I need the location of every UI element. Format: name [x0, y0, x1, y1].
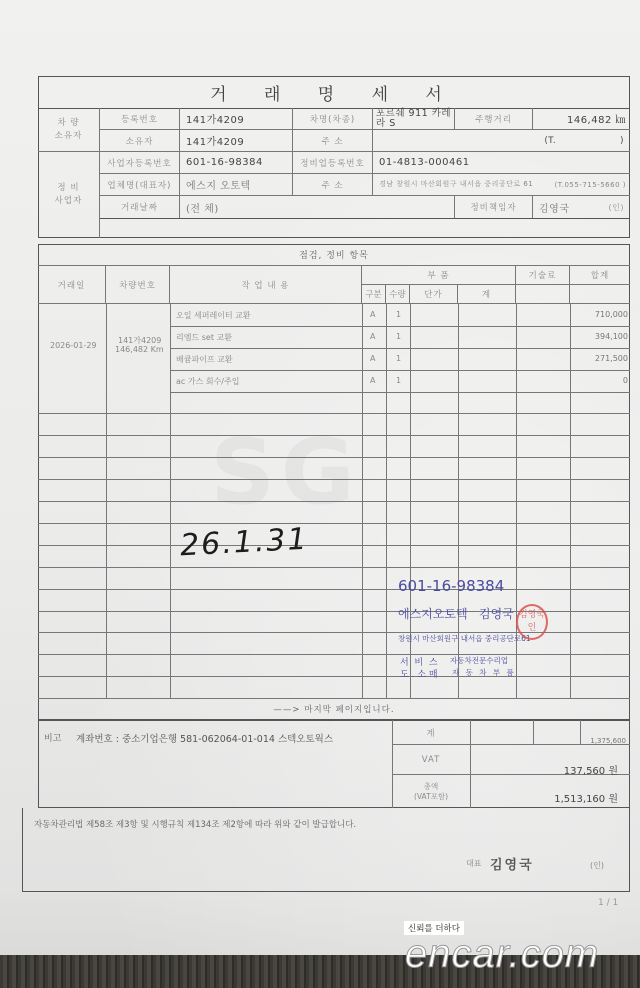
manager-label: 정비책임자 — [455, 196, 533, 218]
company-label: 업체명(대표자) — [100, 174, 180, 196]
shop-phone: (T.055-715-5660 ) — [555, 181, 626, 189]
stamp-type-right-2: 자 동 차 부 품 — [452, 667, 516, 678]
stamp-address: 창원시 마산회원구 내서읍 중리공단로61 — [398, 633, 531, 644]
item-kind: A — [370, 354, 375, 363]
company-seal: 김영국인 — [516, 604, 548, 640]
stamp-biz-no: 601-16-98384 — [398, 577, 504, 595]
item-vehicle-no: 141가4209 — [118, 336, 161, 345]
grid-row-line — [38, 413, 630, 414]
company-value: 에스지 오토텍 — [180, 174, 293, 196]
item-kind: A — [370, 310, 375, 319]
col-unit-price: 단가 — [410, 285, 458, 304]
col-qty: 수량 — [386, 285, 410, 304]
item-kind: A — [370, 376, 375, 385]
item-qty: 1 — [396, 310, 401, 319]
shop-reg-label: 정비업등록번호 — [293, 152, 373, 174]
grid-row-line — [170, 326, 630, 327]
reg-no-value: 141가4209 — [180, 108, 293, 130]
grid-row-line — [38, 501, 630, 502]
subtotal-value: 1,375,600 — [590, 737, 626, 745]
item-qty: 1 — [396, 332, 401, 341]
grid-row-line — [38, 523, 630, 524]
grid-row-line — [38, 676, 630, 677]
biz-no-value: 601-16-98384 — [180, 152, 293, 174]
item-total: 0 — [623, 376, 628, 385]
manager-seal-mark: (인) — [609, 202, 624, 213]
grid-row-line — [38, 567, 630, 568]
owner-address-phone: (T. ) — [373, 130, 630, 152]
item-work: ac 가스 회수/주입 — [176, 376, 239, 387]
vat-value: 137,560 원 — [564, 762, 618, 777]
col-date: 거래일 — [38, 266, 106, 304]
owner-label: 소유자 — [100, 130, 180, 152]
grid-row-line — [170, 370, 630, 371]
grid-row-line — [38, 435, 630, 436]
col-parts: 부 품 — [362, 266, 516, 285]
grid-row-line — [38, 589, 630, 590]
vat-label: VAT — [392, 745, 470, 774]
col-work: 작 업 내 용 — [170, 266, 362, 304]
transaction-value: (전 체) — [180, 196, 455, 218]
mileage-value: 146,482 ㎞ — [533, 108, 630, 130]
shop-group-label: 정 비 사업자 — [38, 152, 100, 238]
item-total: 710,000 — [595, 310, 628, 319]
grand-total-label: 총액 (VAT포함) — [392, 775, 470, 808]
grid-row-line — [38, 479, 630, 480]
legal-statement: 자동차관리법 제58조 제3항 및 시행규칙 제134조 제2항에 따라 위와 … — [34, 818, 356, 830]
item-work: 리엠드 set 교환 — [176, 332, 232, 343]
grid-row-line — [170, 348, 630, 349]
owner-value: 141가4209 — [180, 130, 293, 152]
last-page-note: ——> 마지막 페이지입니다. — [38, 698, 630, 720]
encar-logo: encar.com — [405, 932, 599, 977]
item-kind: A — [370, 332, 375, 341]
rep-name: 김영국 — [490, 854, 534, 873]
item-date: 2026-01-29 — [50, 341, 97, 350]
col-labor-sub — [516, 285, 570, 304]
col-total-sub — [570, 285, 630, 304]
items-heading: 점검, 정비 항목 — [38, 244, 630, 266]
grid-row-line — [38, 654, 630, 655]
item-work: 오일 세퍼레이터 교환 — [176, 310, 251, 321]
model-value: 포르쉐 911 카레라 S — [373, 108, 455, 130]
shop-reg-value: 01-4813-000461 — [373, 152, 630, 174]
item-qty: 1 — [396, 354, 401, 363]
stamp-type-right-1: 자동차전문수리업 — [450, 655, 508, 666]
shop-address-text: 경남 창원시 마산회원구 내서읍 중리공단로 61 — [379, 180, 549, 189]
page-indicator: 1 / 1 — [598, 898, 618, 908]
transaction-label: 거래날짜 — [100, 196, 180, 218]
header-bottom-rule — [100, 218, 630, 219]
stamp-type-left-2: 도 . 소 매 — [400, 667, 438, 680]
item-total: 271,500 — [595, 354, 628, 363]
reg-no-label: 등록번호 — [100, 108, 180, 130]
owner-group-label: 차 량 소유자 — [38, 108, 100, 152]
owner-address-label: 주 소 — [293, 130, 373, 152]
col-total: 합계 — [570, 266, 630, 285]
grand-total-value: 1,513,160 원 — [554, 790, 618, 805]
col-labor: 기술료 — [516, 266, 570, 285]
col-kind: 구분 — [362, 285, 386, 304]
rep-label: 대표 — [466, 858, 481, 869]
grid-row-line — [38, 457, 630, 458]
bank-account: 계좌번호 : 중소기업은행 581-062064-01-014 스텍오토웍스 — [76, 731, 333, 745]
document-title: 거 래 명 세 서 — [38, 76, 630, 109]
item-work: 배큠파이프 교환 — [176, 354, 233, 365]
subtotal-label: 계 — [392, 722, 470, 744]
mileage-label: 주행거리 — [455, 108, 533, 130]
grid-row-line — [38, 545, 630, 546]
handwritten-date: 26.1.31 — [179, 522, 309, 564]
item-vehicle-mileage: 146,482 Km — [115, 345, 164, 354]
item-total: 394,100 — [595, 332, 628, 341]
shop-address-label: 주 소 — [293, 174, 373, 196]
col-vehicle: 차량번호 — [106, 266, 170, 304]
item-qty: 1 — [396, 376, 401, 385]
stamp-name: 에스지오토텍 김영국 — [398, 605, 514, 622]
manager-name: 김영국 — [539, 200, 569, 215]
col-subtotal: 계 — [458, 285, 516, 304]
shop-address-value: 경남 창원시 마산회원구 내서읍 중리공단로 61 (T.055-715-566… — [373, 174, 630, 196]
rep-seal-mark: (인) — [590, 860, 604, 871]
biz-no-label: 사업자등록번호 — [100, 152, 180, 174]
manager-value: 김영국 (인) — [533, 196, 630, 218]
grid-row-line — [170, 392, 630, 393]
remarks-label: 비고 — [44, 731, 61, 744]
model-label: 차명(차종) — [293, 108, 373, 130]
